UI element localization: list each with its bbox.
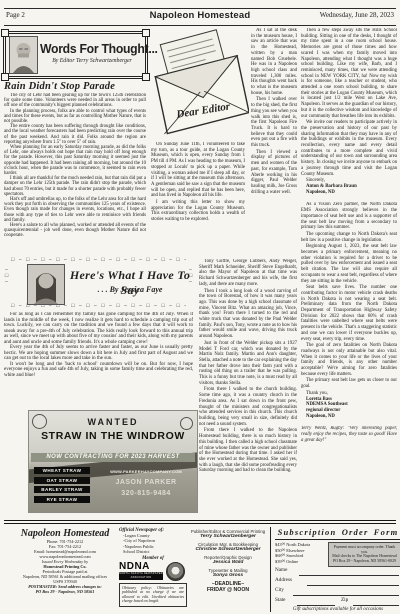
ad-headline: WANTED bbox=[29, 417, 197, 427]
form-row-name: Name bbox=[275, 567, 400, 577]
staff-name: Jessica Wald bbox=[190, 560, 266, 566]
text-line: PO Box 29 - Napoleon, ND 58561 bbox=[16, 589, 114, 594]
banner-corner-icon bbox=[1, 29, 9, 37]
letter-column-strip: As I sat at the desk in the museum house… bbox=[251, 28, 297, 255]
masthead-title: Napoleon Homestead bbox=[16, 528, 114, 539]
letter-text: Then a few steps away sits the Hills Sch… bbox=[301, 28, 397, 178]
letter-column-lower: Tony Goffre, George Lubbers, Andy Weigel… bbox=[199, 259, 297, 516]
official-items: -Logan County-City of Napoleon-Napoleon … bbox=[119, 533, 187, 555]
deadline-value: FRIDAY @ NOON bbox=[190, 587, 266, 593]
text-line: RYE STRAW bbox=[34, 496, 90, 503]
text-line: School District bbox=[123, 549, 187, 554]
staff-name: Terry Schwartzenberger bbox=[190, 534, 266, 540]
text-line: From there I walked to the Napoleon Home… bbox=[199, 428, 297, 474]
masthead-lines: Phone: 701-754-2212Fax: 701-754-2212Emai… bbox=[16, 539, 114, 594]
text-line: Then a few steps away sits the Hills Sch… bbox=[301, 28, 397, 119]
text-line: When planning for an early Saturday morn… bbox=[4, 145, 146, 176]
banner-border-pattern-left: ~ □ ~ bbox=[3, 267, 10, 301]
text-line: Here's a salute to all who planned, work… bbox=[4, 223, 146, 239]
text-line: I am writing this letter to show my appr… bbox=[151, 200, 245, 223]
ad-phone: 320-815-9484 bbox=[99, 490, 193, 497]
text-line: $39⁰⁰ Online bbox=[275, 559, 325, 565]
write-line bbox=[297, 605, 335, 606]
letter-signature: Napoleon, ND bbox=[301, 414, 397, 420]
text-line: Every year the 4th of July seems to arri… bbox=[4, 345, 193, 362]
jessica-photo bbox=[27, 264, 65, 305]
obituary-policy: Obituary policy: Obituaries are publishe… bbox=[119, 583, 187, 607]
field-label: Address bbox=[275, 577, 292, 583]
letters-right-column: Then a few steps away sits the Hills Sch… bbox=[301, 28, 397, 516]
text-line: Just in front of the Welder pickup sits … bbox=[199, 341, 297, 387]
text-line: We invite our readers to participate act… bbox=[301, 120, 397, 177]
field-label: Zip bbox=[341, 597, 348, 603]
text-line: I think all are thankful for the much ne… bbox=[4, 176, 146, 197]
subscription-title: Subscription Order Form bbox=[275, 527, 400, 540]
header-rule-bottom bbox=[4, 25, 396, 26]
text-line: From there I walked to the church buildi… bbox=[199, 387, 297, 427]
masthead-box: Napoleon Homestead Phone: 701-754-2212Fa… bbox=[16, 528, 114, 594]
text-line: The goal of zero fatalities on North Dak… bbox=[301, 343, 397, 377]
text-line: PO Box 29 - Napoleon, ND 58561-0029 bbox=[332, 559, 397, 564]
field-label: State bbox=[275, 597, 285, 603]
column-byline: . . . By Jessica Faye bbox=[69, 285, 191, 294]
ad-product-list: WHEAT STRAWOAT STRAWBARLEY STRAWRYE STRA… bbox=[34, 467, 90, 505]
banner-border-pattern: □ ~ □ ~ □ ~ □ ~ □ ~ □ ~ □ ~ □ ~ □ ~ □ ~ … bbox=[11, 257, 186, 263]
subscription-prices: $43⁰⁰ North Dakota$50⁰⁰ Elsewhere$68⁰⁰ S… bbox=[275, 542, 325, 567]
ad-website: WWW.PARKERHAYCOMPANY.COM bbox=[99, 469, 193, 474]
field-label: Name bbox=[275, 567, 287, 573]
column-byline: By Editor Terry Schwartzenberger bbox=[40, 58, 144, 64]
text-line: Then I walked over to the big shed, the … bbox=[251, 97, 297, 148]
text-line: As a Vision Zero partner, the North Dako… bbox=[301, 202, 397, 231]
official-newspaper-box: Official Newspaper of: -Logan County-Cit… bbox=[119, 528, 187, 607]
ad-subheadline: STRAW IN THE WINDROW bbox=[29, 430, 197, 442]
text-line: As I sat at the desk in the museum house… bbox=[251, 28, 297, 96]
reader-quote: Terry Wentz, Rugby: "Very interesting pa… bbox=[301, 426, 397, 443]
text-line: Beginning August 1, 2023, the seat belt … bbox=[301, 244, 397, 284]
text-line: For as long as I can remember my family … bbox=[4, 312, 193, 345]
subscription-form: Subscription Order Form $43⁰⁰ North Dako… bbox=[270, 527, 400, 612]
letter-text: As a Vision Zero partner, the North Dako… bbox=[301, 202, 397, 391]
field-label: City bbox=[275, 587, 284, 593]
write-line bbox=[307, 585, 399, 586]
issue-date: Wednesday, June 28, 2023 bbox=[320, 11, 394, 19]
ad-banner-text: NOW CONTRACTING FOR 2023 HARVEST bbox=[31, 453, 195, 462]
footer-divider bbox=[4, 520, 396, 521]
text-line: The entire county has been suffering thr… bbox=[4, 124, 146, 145]
text-line: In the planning process, folks are able … bbox=[4, 109, 146, 125]
staff-name: Sonya Gross bbox=[190, 573, 266, 579]
member-of-label: Member of bbox=[119, 556, 187, 561]
jessica-column-body: For as long as I can remember my family … bbox=[4, 312, 193, 404]
straw-wanted-ad: WANTED STRAW IN THE WINDROW NOW CONTRACT… bbox=[28, 410, 198, 513]
text-line: The city of Lehr had been gearing up for… bbox=[4, 93, 146, 109]
article-headline: Rain Didn't Stop Parade bbox=[4, 81, 115, 92]
text-line: Payment must accompany order. Thank you. bbox=[332, 545, 397, 554]
form-row-address: Address bbox=[275, 577, 400, 587]
anniversary-seal-icon bbox=[166, 562, 185, 581]
banner-corner-icon bbox=[1, 73, 9, 81]
subscription-note: Gift subscriptions available for all occ… bbox=[275, 607, 400, 612]
form-row-city: City bbox=[275, 587, 400, 597]
letter-signature: Napoleon, ND bbox=[301, 190, 397, 196]
header-rule-top bbox=[4, 8, 396, 9]
letter-column-mid: On Sunday June 11th, I volunteered to ta… bbox=[151, 142, 245, 255]
ad-contact-name: JASON PARKER bbox=[99, 479, 193, 486]
newspaper-page: Page 2 Napoleon Homestead Wednesday, Jun… bbox=[0, 0, 400, 614]
ndna-logo: NDNA NORTH DAKOTA NEWSPAPER ASSOCIATION bbox=[119, 562, 163, 580]
text-line: The primary seat belt law gets us closer… bbox=[301, 378, 397, 389]
words-for-thought-banner: Words For Thought... By Editor Terry Sch… bbox=[3, 31, 148, 79]
text-line: It won't be long and the 'back to school… bbox=[4, 362, 193, 379]
write-line bbox=[353, 605, 399, 606]
text-line: Seat belts save lives. The number one co… bbox=[301, 285, 397, 342]
jessica-column-banner: □ ~ □ ~ □ ~ □ ~ □ ~ □ ~ □ ~ □ ~ □ ~ □ ~ … bbox=[3, 257, 194, 309]
envelope-icon: Dear Editor bbox=[149, 28, 249, 140]
text-line: Tony Goffre, George Lubbers, Andy Weigel… bbox=[199, 259, 297, 288]
jessica-portrait-icon bbox=[28, 265, 64, 304]
editor-photo bbox=[9, 36, 38, 74]
editor-portrait-icon bbox=[10, 37, 37, 73]
text-line: Then I took a long look of a wood carvin… bbox=[199, 289, 297, 340]
text-line: On Sunday June 11th, I volunteered to ta… bbox=[151, 142, 245, 199]
dear-editor-graphic: Dear Editor bbox=[149, 28, 249, 140]
ndna-logo-bar: NORTH DAKOTA NEWSPAPER ASSOCIATION bbox=[119, 572, 163, 580]
payment-instructions: Payment must accompany order. Thank you.… bbox=[328, 542, 400, 567]
form-row-state-zip: State Zip bbox=[275, 597, 400, 607]
write-line bbox=[299, 575, 399, 576]
text-line: Then I viewed a display of pictures of m… bbox=[251, 150, 297, 196]
staff-name: Christine Schwartzenberger bbox=[190, 547, 266, 553]
staff-list: Publisher/Editor & Commercial Printing T… bbox=[190, 529, 266, 593]
text-line: Hat's off and umbrellas up, to the folks… bbox=[4, 197, 146, 223]
text-line: OAT STRAW bbox=[34, 477, 90, 484]
text-line: BARLEY STRAW bbox=[34, 486, 90, 493]
text-line: The upcoming change to North Dakota's se… bbox=[301, 232, 397, 243]
write-line bbox=[293, 595, 399, 596]
article-body: The city of Lehr had been gearing up for… bbox=[4, 93, 146, 255]
column-title: Words For Thought... bbox=[40, 41, 158, 56]
ndna-logo-text: NDNA bbox=[119, 562, 163, 572]
text-line: WHEAT STRAW bbox=[34, 467, 90, 474]
